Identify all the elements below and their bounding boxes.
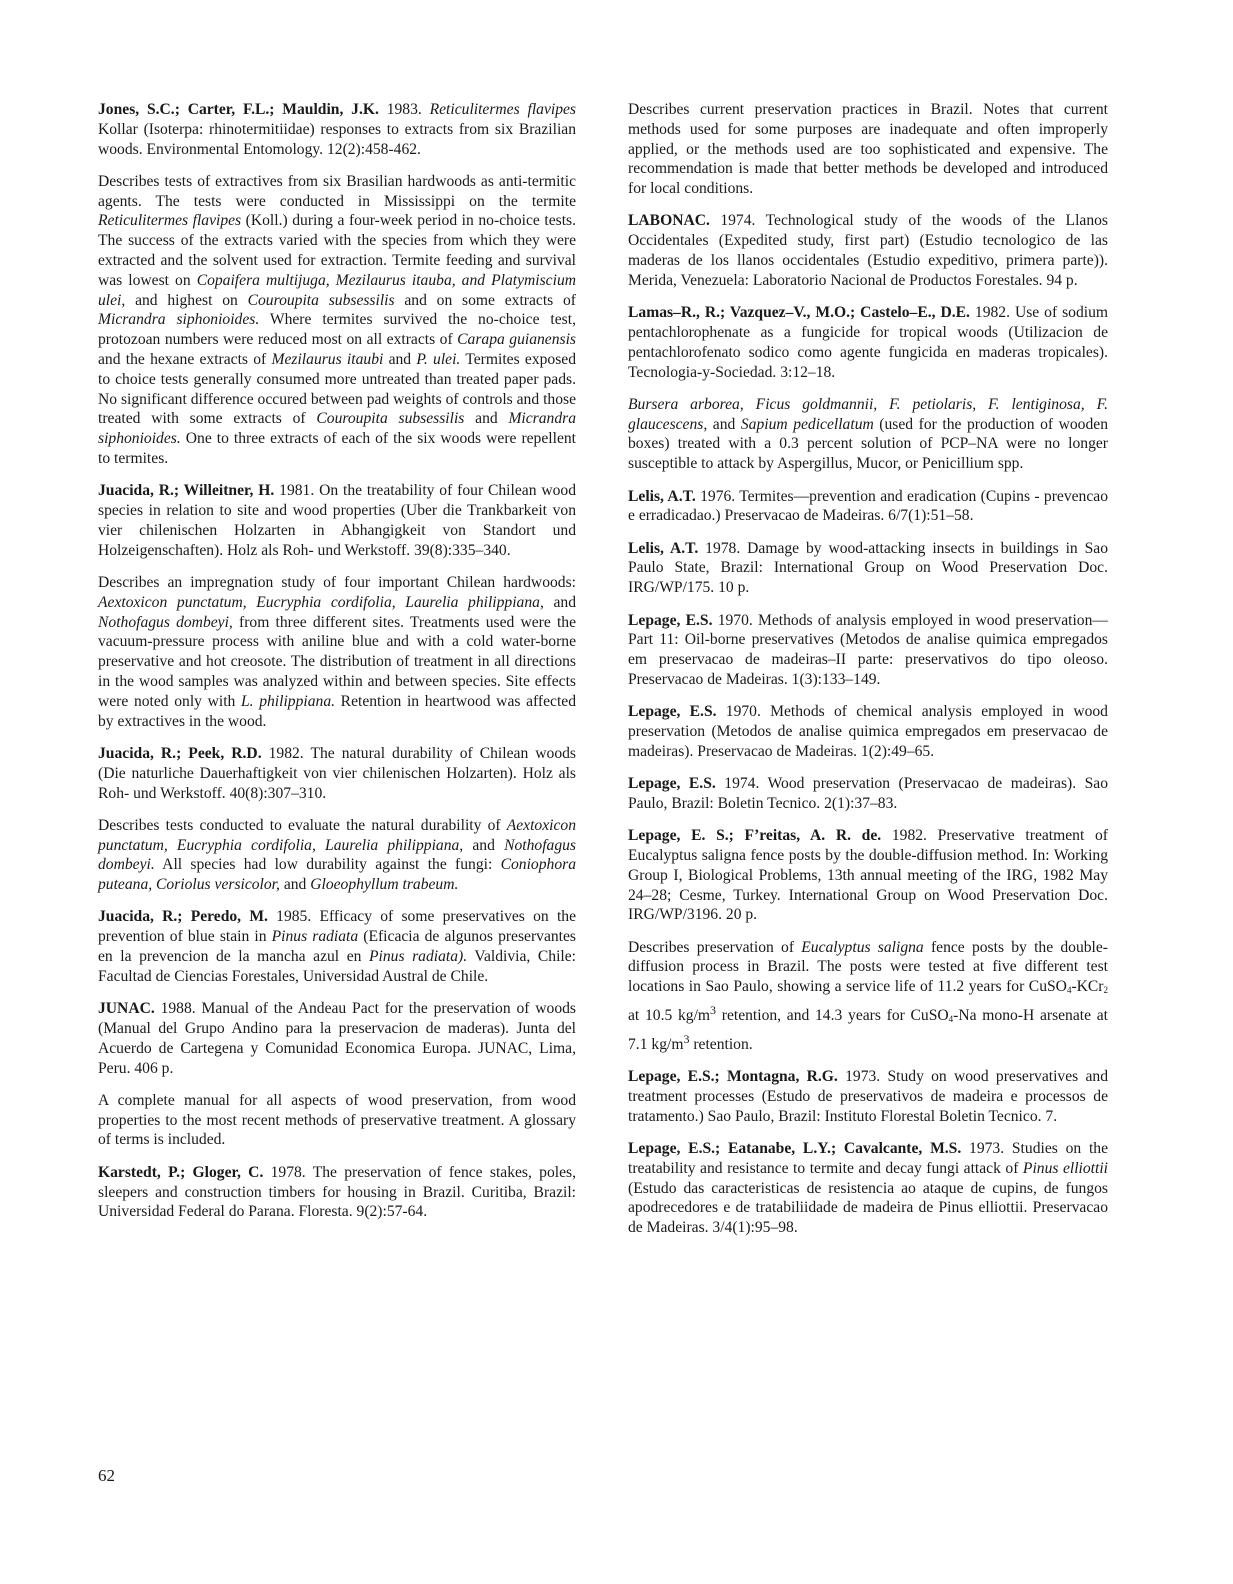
entry-annotation: Describes an impregnation study of four … bbox=[98, 573, 576, 731]
italic-taxon: Sapium pedicellatum bbox=[741, 416, 874, 433]
bibliography-entry: Juacida, R.; Willeitner, H. 1981. On the… bbox=[98, 481, 576, 560]
bibliography-entry: Juacida, R.; Peredo, M. 1985. Efficacy o… bbox=[98, 907, 576, 986]
text-run: and bbox=[383, 351, 416, 368]
bibliography-entry: Lelis, A.T. 1978. Damage by wood-attacki… bbox=[628, 539, 1108, 598]
text-run: Describes tests of extractives from six … bbox=[98, 173, 576, 210]
text-run: and the hexane extracts of bbox=[98, 351, 272, 368]
citation-authors: Lelis, A.T. bbox=[628, 540, 698, 557]
left-column: Jones, S.C.; Carter, F.L.; Mauldin, J.K.… bbox=[98, 100, 576, 1235]
citation-authors: Lepage, E.S.; Eatanabe, L.Y.; Cavalcante… bbox=[628, 1140, 961, 1157]
text-run: 1988. Manual of the Andeau Pact for the … bbox=[98, 1000, 576, 1076]
italic-taxon: Couroupita subsessilis bbox=[248, 292, 395, 309]
text-run: and highest on bbox=[125, 292, 247, 309]
citation-authors: Jones, S.C.; Carter, F.L.; Mauldin, J.K. bbox=[98, 101, 379, 118]
italic-taxon: Mezilaurus itaubi bbox=[272, 351, 384, 368]
bibliography-entry: Lelis, A.T. 1976. Termites—prevention an… bbox=[628, 487, 1108, 527]
citation-authors: LABONAC. bbox=[628, 212, 710, 229]
citation-authors: Juacida, R.; Peredo, M. bbox=[98, 908, 268, 925]
citation-authors: JUNAC. bbox=[98, 1000, 155, 1017]
subscript: 2 bbox=[1104, 985, 1109, 995]
bibliography-entry: JUNAC. 1988. Manual of the Andeau Pact f… bbox=[98, 999, 576, 1078]
bibliography-entry: Jones, S.C.; Carter, F.L.; Mauldin, J.K.… bbox=[98, 100, 576, 159]
bibliography-entry: Lepage, E. S.; F’reitas, A. R. de. 1982.… bbox=[628, 826, 1108, 925]
text-run: A complete manual for all aspects of woo… bbox=[98, 1092, 576, 1149]
text-run: at 10.5 kg/m bbox=[628, 1007, 710, 1024]
text-run: and bbox=[544, 594, 576, 611]
text-run: 1976. Termites—prevention and eradicatio… bbox=[628, 488, 1108, 525]
text-run: and bbox=[280, 876, 310, 893]
bibliography-entry: Lepage, E.S. 1970. Methods of chemical a… bbox=[628, 702, 1108, 761]
citation-authors: Lepage, E.S.; Montagna, R.G. bbox=[628, 1068, 838, 1085]
document-page: Jones, S.C.; Carter, F.L.; Mauldin, J.K.… bbox=[0, 0, 1233, 1584]
italic-taxon: L. philippiana. bbox=[241, 693, 335, 710]
entry-annotation: Describes preservation of Eucalyptus sal… bbox=[628, 938, 1108, 1055]
citation-authors: Lepage, E. S.; F’reitas, A. R. de. bbox=[628, 827, 881, 844]
text-run: retention, and 14.3 years for CuSO bbox=[716, 1007, 949, 1024]
italic-taxon: Reticulitermes flavipes bbox=[98, 212, 241, 229]
italic-taxon: Carapa guianensis bbox=[457, 331, 576, 348]
text-run: -KCr bbox=[1071, 978, 1103, 995]
text-run: Kollar (Isoterpa: rhinotermitiidae) resp… bbox=[98, 121, 576, 158]
text-run: 1983. bbox=[379, 101, 430, 118]
bibliography-entry: Karstedt, P.; Gloger, C. 1978. The prese… bbox=[98, 1163, 576, 1222]
text-run: and on some extracts of bbox=[395, 292, 576, 309]
text-run: Describes tests conducted to evaluate th… bbox=[98, 817, 507, 834]
bibliography-entry: Lepage, E.S. 1970. Methods of analysis e… bbox=[628, 611, 1108, 690]
citation-authors: Juacida, R.; Willeitner, H. bbox=[98, 482, 274, 499]
citation-authors: Lepage, E.S. bbox=[628, 612, 713, 629]
italic-taxon: P. ulei. bbox=[416, 351, 460, 368]
italic-taxon: Reticulitermes flavipes bbox=[430, 101, 576, 118]
citation-authors: Lamas–R., R.; Vazquez–V., M.O.; Castelo–… bbox=[628, 304, 970, 321]
bibliography-entry: Lepage, E.S.; Eatanabe, L.Y.; Cavalcante… bbox=[628, 1139, 1108, 1238]
text-run: retention. bbox=[689, 1036, 752, 1053]
text-run: 1978. Damage by wood-attacking insects i… bbox=[628, 540, 1108, 597]
text-run: and bbox=[707, 416, 741, 433]
italic-taxon: Micrandra siphonioides. bbox=[98, 311, 259, 328]
entry-annotation: A complete manual for all aspects of woo… bbox=[98, 1091, 576, 1150]
entry-annotation: Bursera arborea, Ficus goldmannii, F. pe… bbox=[628, 395, 1108, 474]
bibliography-entry: Lamas–R., R.; Vazquez–V., M.O.; Castelo–… bbox=[628, 303, 1108, 382]
italic-taxon: Pinus radiata bbox=[272, 928, 359, 945]
right-column: Describes current preservation practices… bbox=[628, 100, 1108, 1251]
italic-taxon: Couroupita subsessilis bbox=[316, 410, 464, 427]
bibliography-entry: Juacida, R.; Peek, R.D. 1982. The natura… bbox=[98, 744, 576, 803]
citation-authors: Karstedt, P.; Gloger, C. bbox=[98, 1164, 263, 1181]
citation-authors: Juacida, R.; Peek, R.D. bbox=[98, 745, 262, 762]
entry-annotation: Describes current preservation practices… bbox=[628, 100, 1108, 199]
citation-authors: Lepage, E.S. bbox=[628, 703, 717, 720]
italic-taxon: Eucalyptus saligna bbox=[801, 939, 923, 956]
bibliography-entry: Lepage, E.S.; Montagna, R.G. 1973. Study… bbox=[628, 1067, 1108, 1126]
entry-annotation: Describes tests of extractives from six … bbox=[98, 172, 576, 469]
italic-taxon: Nothofagus dombeyi, bbox=[98, 614, 233, 631]
text-run: (Estudo das caracteristicas de resistenc… bbox=[628, 1180, 1108, 1237]
italic-taxon: Pinus elliottii bbox=[1023, 1160, 1108, 1177]
italic-taxon: Aextoxicon punctatum, Eucryphia cordifol… bbox=[98, 594, 544, 611]
text-run: Describes preservation of bbox=[628, 939, 801, 956]
text-run: All species had low durability against t… bbox=[155, 856, 501, 873]
entry-annotation: Describes tests conducted to evaluate th… bbox=[98, 816, 576, 895]
italic-taxon: Gloeophyllum trabeum. bbox=[310, 876, 458, 893]
text-run: Describes an impregnation study of four … bbox=[98, 574, 576, 591]
page-number: 62 bbox=[98, 1466, 115, 1486]
bibliography-entry: LABONAC. 1974. Technological study of th… bbox=[628, 211, 1108, 290]
italic-taxon: Pinus radiata). bbox=[369, 948, 467, 965]
text-run: and bbox=[464, 410, 508, 427]
bibliography-entry: Lepage, E.S. 1974. Wood preservation (Pr… bbox=[628, 774, 1108, 814]
citation-authors: Lelis, A.T. bbox=[628, 488, 696, 505]
text-run: and bbox=[463, 837, 504, 854]
citation-authors: Lepage, E.S. bbox=[628, 775, 716, 792]
text-run: Describes current preservation practices… bbox=[628, 101, 1108, 197]
